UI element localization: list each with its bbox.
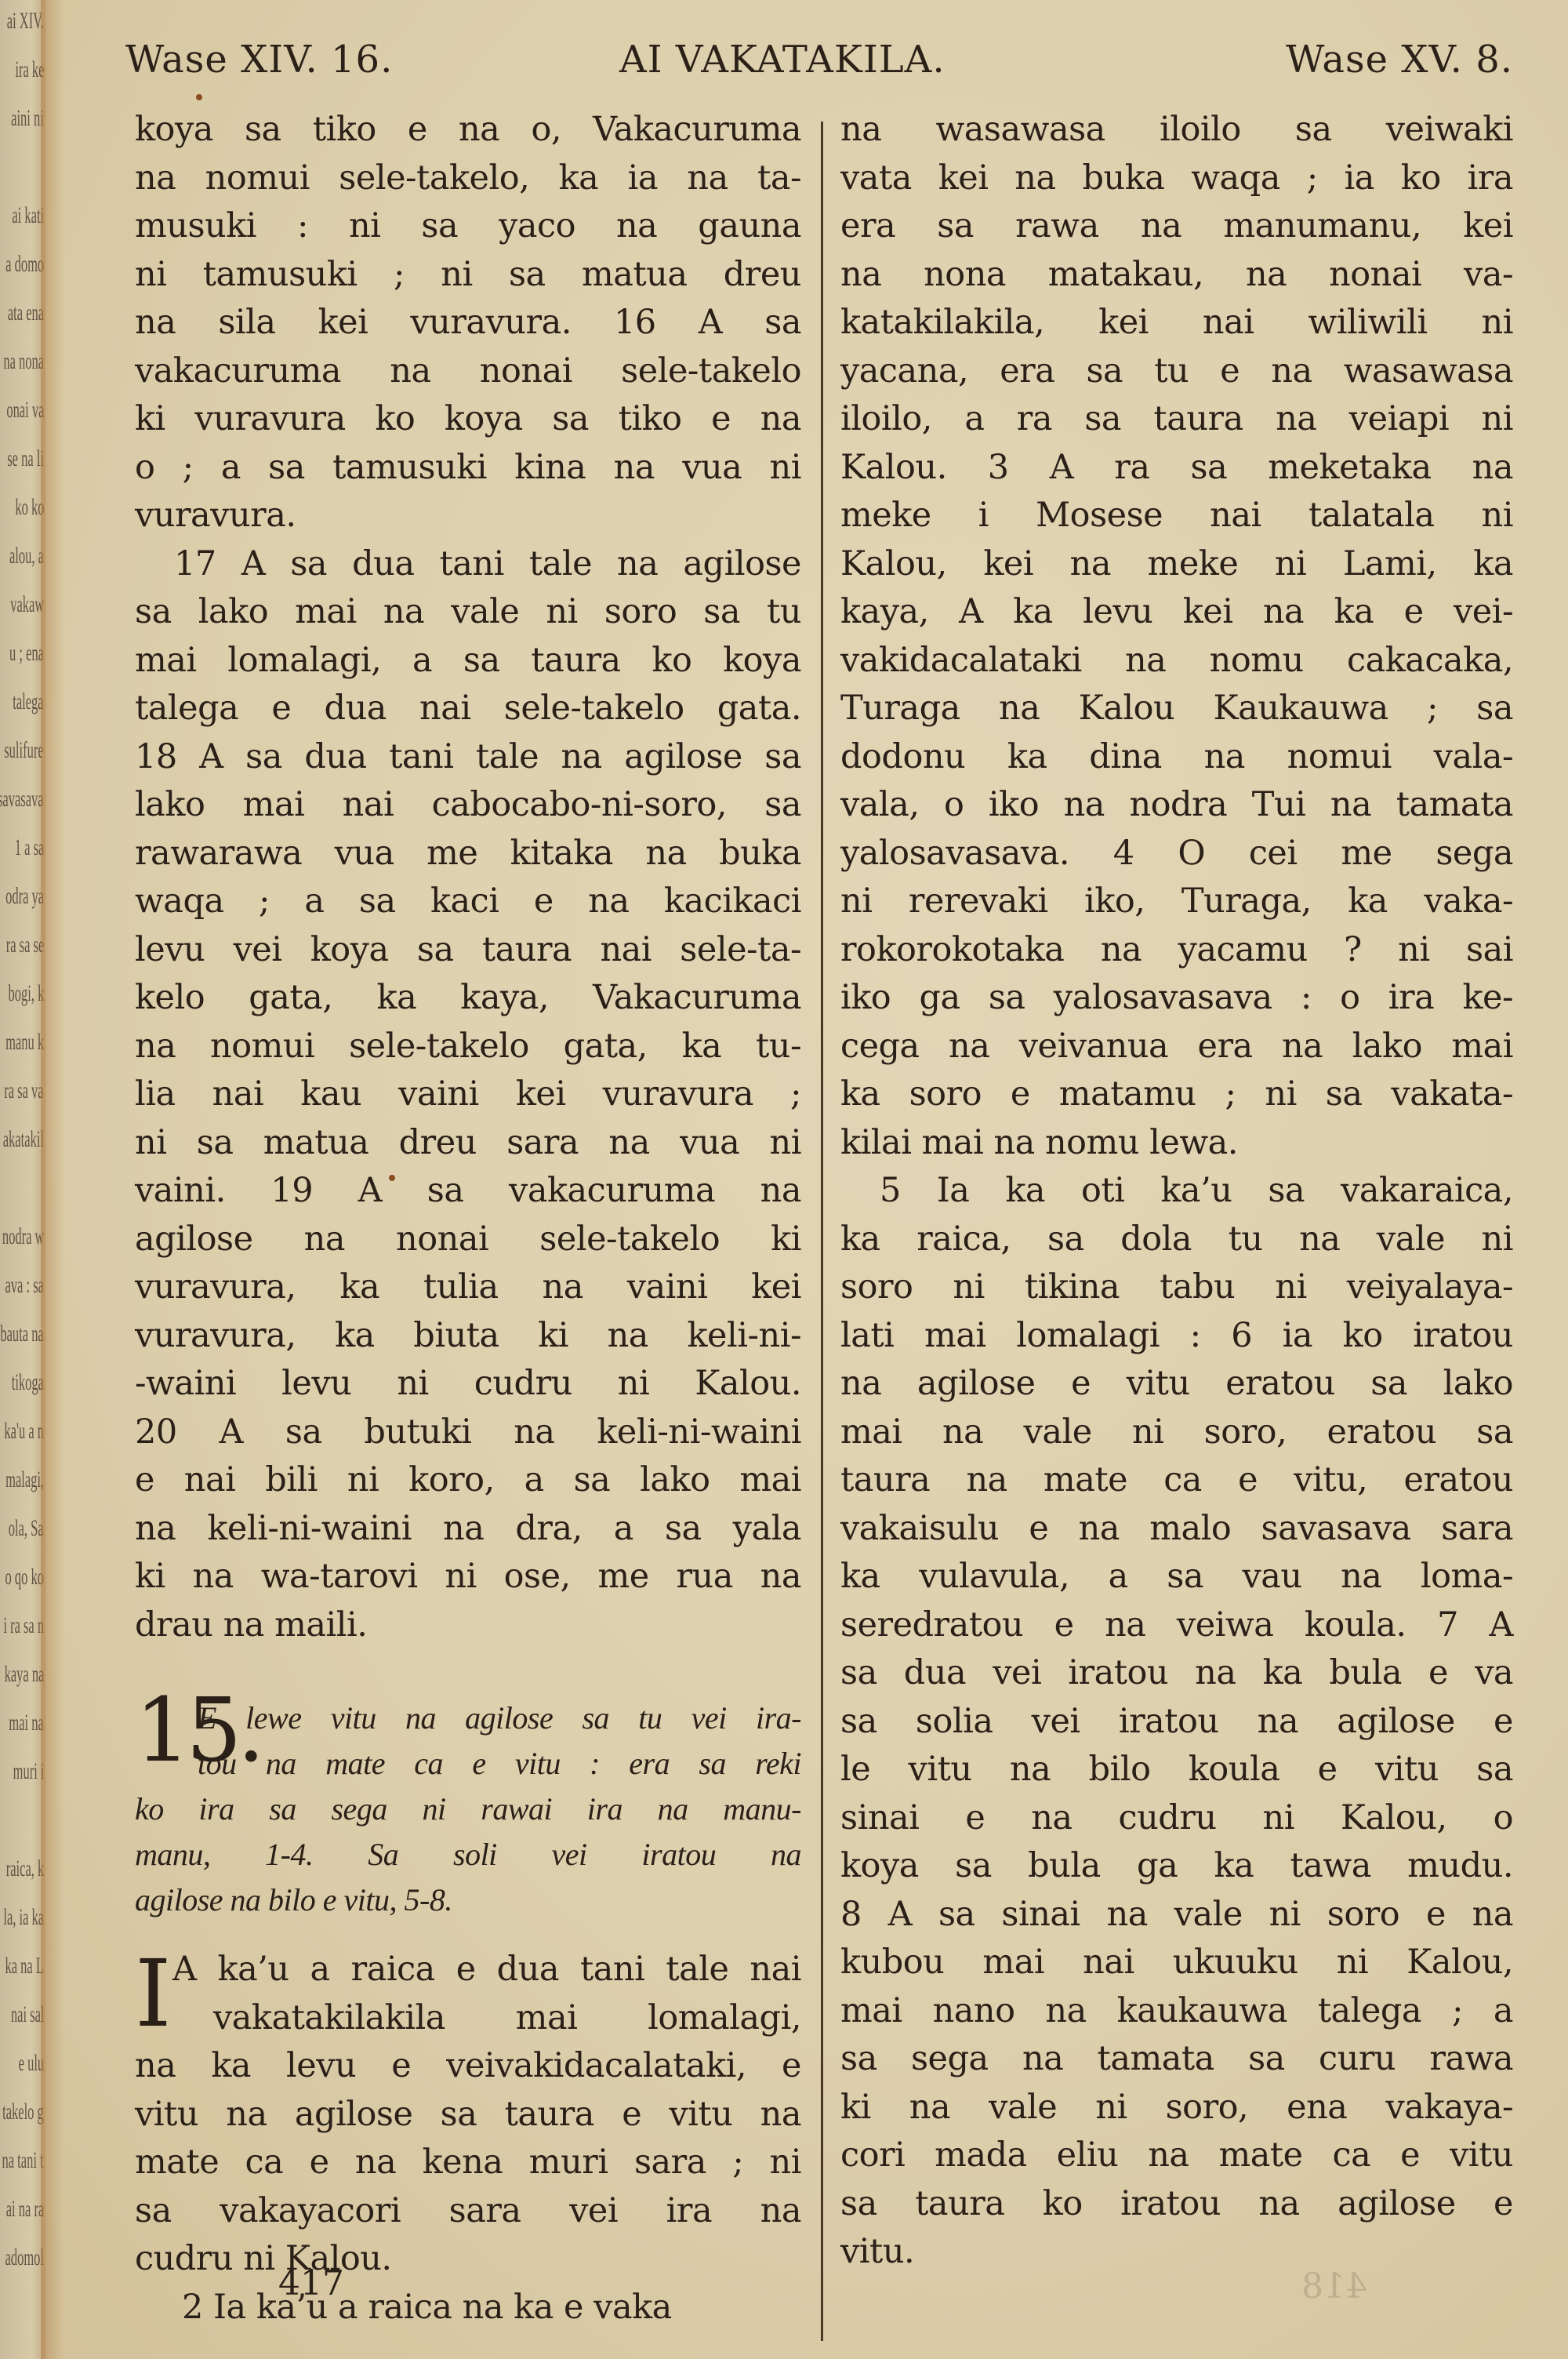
verse-line: mai lomalagi, a sa taura ko koya (135, 637, 801, 684)
bleed-through-page-number: 418 (1301, 2266, 1367, 2306)
verse-line: iko ga sa yalosavasava : o ira ke- (840, 974, 1513, 1021)
verse-line: koya sa tiko e na o, Vakacuruma (135, 106, 801, 153)
facing-page-text-fragment: na nona (3, 348, 44, 375)
facing-page-text-fragment: mai na (9, 1710, 44, 1736)
chapter-summary-line: E lewe vitu na agilose sa tu vei ira- (135, 1695, 801, 1742)
facing-page-text-fragment: ira ke (15, 56, 44, 83)
facing-page-text-fragment: ola, Sa (9, 1515, 44, 1542)
verse-line: drau na maili. (135, 1601, 801, 1648)
verse-line: cori mada eliu na mate ca e vitu (840, 2132, 1513, 2179)
facing-page-text-fragment: akatakil (3, 1126, 44, 1153)
verse-line: vata kei na buka waqa ; ia ko ira (840, 154, 1513, 202)
verse-line: yalosavasava. 4 O cei me sega (840, 830, 1513, 877)
verse-line: le vitu na bilo koula e vitu sa (840, 1746, 1513, 1793)
facing-page-text-fragment: sulifure (5, 737, 44, 764)
facing-page-text-fragment: ai kati (12, 202, 44, 229)
facing-page-text-fragment: i ra sa n (3, 1612, 44, 1639)
facing-page-text-fragment: ra sa va (5, 1078, 44, 1104)
facing-page-text-fragment: bogi, k (8, 980, 44, 1007)
verse-line: vuravura. (135, 492, 801, 539)
verse-line: meke i Mosese nai talatala ni (840, 492, 1513, 539)
facing-page-text-fragment: ata ena (8, 300, 44, 326)
facing-page-text-fragment: manu k (5, 1029, 44, 1056)
verse-line: yacana, era sa tu e na wasawasa (840, 347, 1513, 394)
facing-page-edge: ai XIV.ira keaini niai katia domoata ena… (0, 0, 45, 2359)
verse-line: ni tamusuki ; ni sa matua dreu (135, 251, 801, 298)
verse-line: ka raica, sa dola tu na vale ni (840, 1216, 1513, 1263)
chapter-summary-line: tou na mate ca e vitu : era sa reki (135, 1740, 801, 1787)
verse-line: kaya, A ka levu kei na ka e vei- (840, 588, 1513, 635)
facing-page-text-fragment: aini ni (11, 105, 44, 132)
verse-line: vakaisulu e na malo savasava sara (840, 1505, 1513, 1552)
verse-line: na ka levu e veivakidacalataki, e (135, 2042, 801, 2089)
chapter-summary-line: ko ira sa sega ni rawai ira na manu- (135, 1786, 801, 1833)
verse-line: sa dua vei iratou na ka bula e va (840, 1649, 1513, 1696)
facing-page-text-fragment: odra ya (5, 883, 44, 910)
facing-page-text-fragment: muri i (13, 1758, 44, 1785)
facing-page-text-fragment: malagi, (5, 1467, 44, 1493)
foxing-spot (389, 1175, 395, 1181)
verse-line: kelo gata, ka kaya, Vakacuruma (135, 974, 801, 1021)
facing-page-text-fragment: adomol (5, 2245, 45, 2271)
verse-line: ka soro e matamu ; ni sa vakata- (840, 1070, 1513, 1118)
facing-page-text-fragment: tikoga (12, 1369, 44, 1396)
verse-line: Kalou, kei na meke ni Lami, ka (840, 540, 1513, 587)
header-left-reference: Wase XIV. 16. (125, 38, 393, 82)
verse-line: kilai mai na nomu lewa. (840, 1119, 1513, 1166)
verse-line: katakilakila, kei nai wiliwili ni (840, 299, 1513, 346)
verse-line: ka vulavula, a sa vau na loma- (840, 1553, 1513, 1600)
verse-line: rawarawa vua me kitaka na buka (135, 830, 801, 877)
facing-page-text-fragment: na tani t (2, 2147, 44, 2174)
verse-line: vuravura, ka biuta ki na keli-ni- (135, 1312, 801, 1359)
chapter-summary-line: agilose na bilo e vitu, 5-8. (135, 1877, 801, 1924)
verse-line: era sa rawa na manumanu, kei (840, 202, 1513, 249)
verse-line: lati mai lomalagi : 6 ia ko iratou (840, 1312, 1513, 1359)
verse-line: ki na vale ni soro, ena vakaya- (840, 2084, 1513, 2131)
facing-page-text-fragment: la, ia ka (3, 1904, 44, 1931)
verse-line: Kalou. 3 A ra sa meketaka na (840, 444, 1513, 491)
verse-line: mai na vale ni soro, eratou sa (840, 1408, 1513, 1456)
verse-line: na nomui sele-takelo, ka ia na ta- (135, 154, 801, 202)
verse-line: sa lako mai na vale ni soro sa tu (135, 588, 801, 635)
verse-line: 17 A sa dua tani tale na agilose (135, 540, 801, 587)
verse-line: A ka’u a raica e dua tani tale nai (135, 1946, 801, 1993)
verse-line: rokorokotaka na yacamu ? ni sai (840, 926, 1513, 973)
facing-page-text-fragment: ka na L (5, 1953, 44, 1979)
verse-line: vakacuruma na nonai sele-takelo (135, 347, 801, 394)
verse-line: lia nai kau vaini kei vuravura ; (135, 1070, 801, 1118)
facing-page-text-fragment: nodra w (2, 1223, 44, 1250)
ink-spot (196, 94, 202, 100)
page-number: 417 (278, 2263, 344, 2303)
verse-line: lako mai nai cabocabo-ni-soro, sa (135, 781, 801, 828)
verse-line: ni sa matua dreu sara na vua ni (135, 1119, 801, 1166)
facing-page-text-fragment: a domo (5, 251, 44, 278)
verse-line: sa taura ko iratou na agilose e (840, 2180, 1513, 2227)
facing-page-text-fragment: ka'u a n (4, 1418, 44, 1445)
facing-page-text-fragment: bauta na (1, 1321, 44, 1347)
verse-line: cudru ni Kalou. (135, 2235, 801, 2282)
facing-page-text-fragment: vakaw (10, 591, 44, 618)
verse-line: soro ni tikina tabu ni veiyalaya- (840, 1263, 1513, 1310)
facing-page-text-fragment: kaya na (4, 1661, 44, 1688)
book-page: ai XIV.ira keaini niai katia domoata ena… (0, 0, 1568, 2359)
verse-line: sinai e na cudru ni Kalou, o (840, 1794, 1513, 1841)
running-header: Wase XIV. 16. AI VAKATAKILA. Wase XV. 8. (125, 38, 1513, 93)
column-divider (821, 122, 823, 2341)
verse-line: kubou mai nai ukuuku ni Kalou, (840, 1939, 1513, 1986)
facing-page-text-fragment: savasava (0, 786, 44, 812)
verse-line: sa sega na tamata sa curu rawa (840, 2035, 1513, 2082)
verse-line: na wasawasa iloilo sa veiwaki (840, 106, 1513, 153)
facing-page-text-fragment: takelo g (2, 2099, 44, 2125)
facing-page-text-fragment: ava : sa (5, 1272, 44, 1299)
verse-line: vala, o iko na nodra Tui na tamata (840, 781, 1513, 828)
verse-line: na nomui sele-takelo gata, ka tu- (135, 1023, 801, 1070)
verse-line: cega na veivanua era na lako mai (840, 1023, 1513, 1070)
facing-page-text-fragment: talega (13, 689, 44, 715)
verse-line: waqa ; a sa kaci e na kacikaci (135, 878, 801, 925)
verse-line: 5 Ia ka oti ka’u sa vakaraica, (840, 1167, 1513, 1214)
verse-line: 20 A sa butuki na keli-ni-waini (135, 1408, 801, 1456)
verse-line: na keli-ni-waini na dra, a sa yala (135, 1505, 801, 1552)
verse-line: dodonu ka dina na nomui vala- (840, 733, 1513, 780)
verse-line: o ; a sa tamusuki kina na vua ni (135, 444, 801, 491)
gutter-shadow (41, 0, 64, 2359)
verse-line: 8 A sa sinai na vale ni soro e na (840, 1891, 1513, 1938)
verse-line: na sila kei vuravura. 16 A sa (135, 299, 801, 346)
facing-page-text-fragment: alou, a (9, 543, 44, 569)
facing-page-text-fragment: u ; ena (9, 640, 44, 667)
verse-line: Turaga na Kalou Kaukauwa ; sa (840, 685, 1513, 732)
facing-page-text-fragment: 1 a sa (14, 834, 44, 861)
verse-line: koya sa bula ga ka tawa mudu. (840, 1842, 1513, 1889)
verse-line: taura na mate ca e vitu, eratou (840, 1456, 1513, 1503)
verse-line: 2 Ia ka’u a raica na ka e vaka (135, 2284, 801, 2331)
facing-page-text-fragment: onai va (6, 397, 44, 423)
verse-line: mai nano na kaukauwa talega ; a (840, 1987, 1513, 2034)
verse-line: vitu. (840, 2228, 1513, 2275)
verse-line: vitu na agilose sa taura e vitu na (135, 2091, 801, 2138)
facing-page-text-fragment: ai XIV. (7, 8, 44, 35)
verse-line: e nai bili ni koro, a sa lako mai (135, 1456, 801, 1503)
verse-line: vuravura, ka tulia na vaini kei (135, 1263, 801, 1310)
verse-line: ki na wa-tarovi ni ose, me rua na (135, 1553, 801, 1600)
facing-page-text-fragment: ko ko (15, 494, 44, 521)
verse-line: sa vakayacori sara vei ira na (135, 2187, 801, 2234)
verse-line: vaini. 19 A sa vakacuruma na (135, 1167, 801, 1214)
header-right-reference: Wase XV. 8. (1286, 38, 1513, 82)
verse-line: musuki : ni sa yaco na gauna (135, 202, 801, 249)
verse-line: -waini levu ni cudru ni Kalou. (135, 1360, 801, 1407)
verse-line: vakatakilakila mai lomalagi, (135, 1994, 801, 2041)
verse-line: 18 A sa dua tani tale na agilose sa (135, 733, 801, 780)
verse-line: ni rerevaki iko, Turaga, ka vaka- (840, 878, 1513, 925)
facing-page-text-fragment: o qo ko (5, 1564, 45, 1590)
verse-line: ki vuravura ko koya sa tiko e na (135, 395, 801, 442)
verse-line: talega e dua nai sele-takelo gata. (135, 685, 801, 732)
verse-line: levu vei koya sa taura nai sele-ta- (135, 926, 801, 973)
verse-line: mate ca e na kena muri sara ; ni (135, 2139, 801, 2186)
facing-page-text-fragment: raica, k (5, 1856, 44, 1882)
verse-line: na nona matakau, na nonai va- (840, 251, 1513, 298)
facing-page-text-fragment: ai na ra (5, 2196, 44, 2223)
facing-page-text-fragment: nai sal (10, 2001, 44, 2028)
verse-line: agilose na nonai sele-takelo ki (135, 1216, 801, 1263)
header-book-title: AI VAKATAKILA. (619, 38, 946, 82)
facing-page-text-fragment: ra sa se (5, 932, 44, 958)
verse-line: na agilose e vitu eratou sa lako (840, 1360, 1513, 1407)
verse-line: seredratou e na veiwa koula. 7 A (840, 1601, 1513, 1648)
facing-page-text-fragment: se na li (7, 445, 44, 472)
chapter-summary-line: manu, 1-4. Sa soli vei iratou na (135, 1831, 801, 1878)
verse-line: iloilo, a ra sa taura na veiapi ni (840, 395, 1513, 442)
verse-line: vakidacalataki na nomu cakacaka, (840, 637, 1513, 684)
verse-line: sa solia vei iratou na agilose e (840, 1698, 1513, 1745)
